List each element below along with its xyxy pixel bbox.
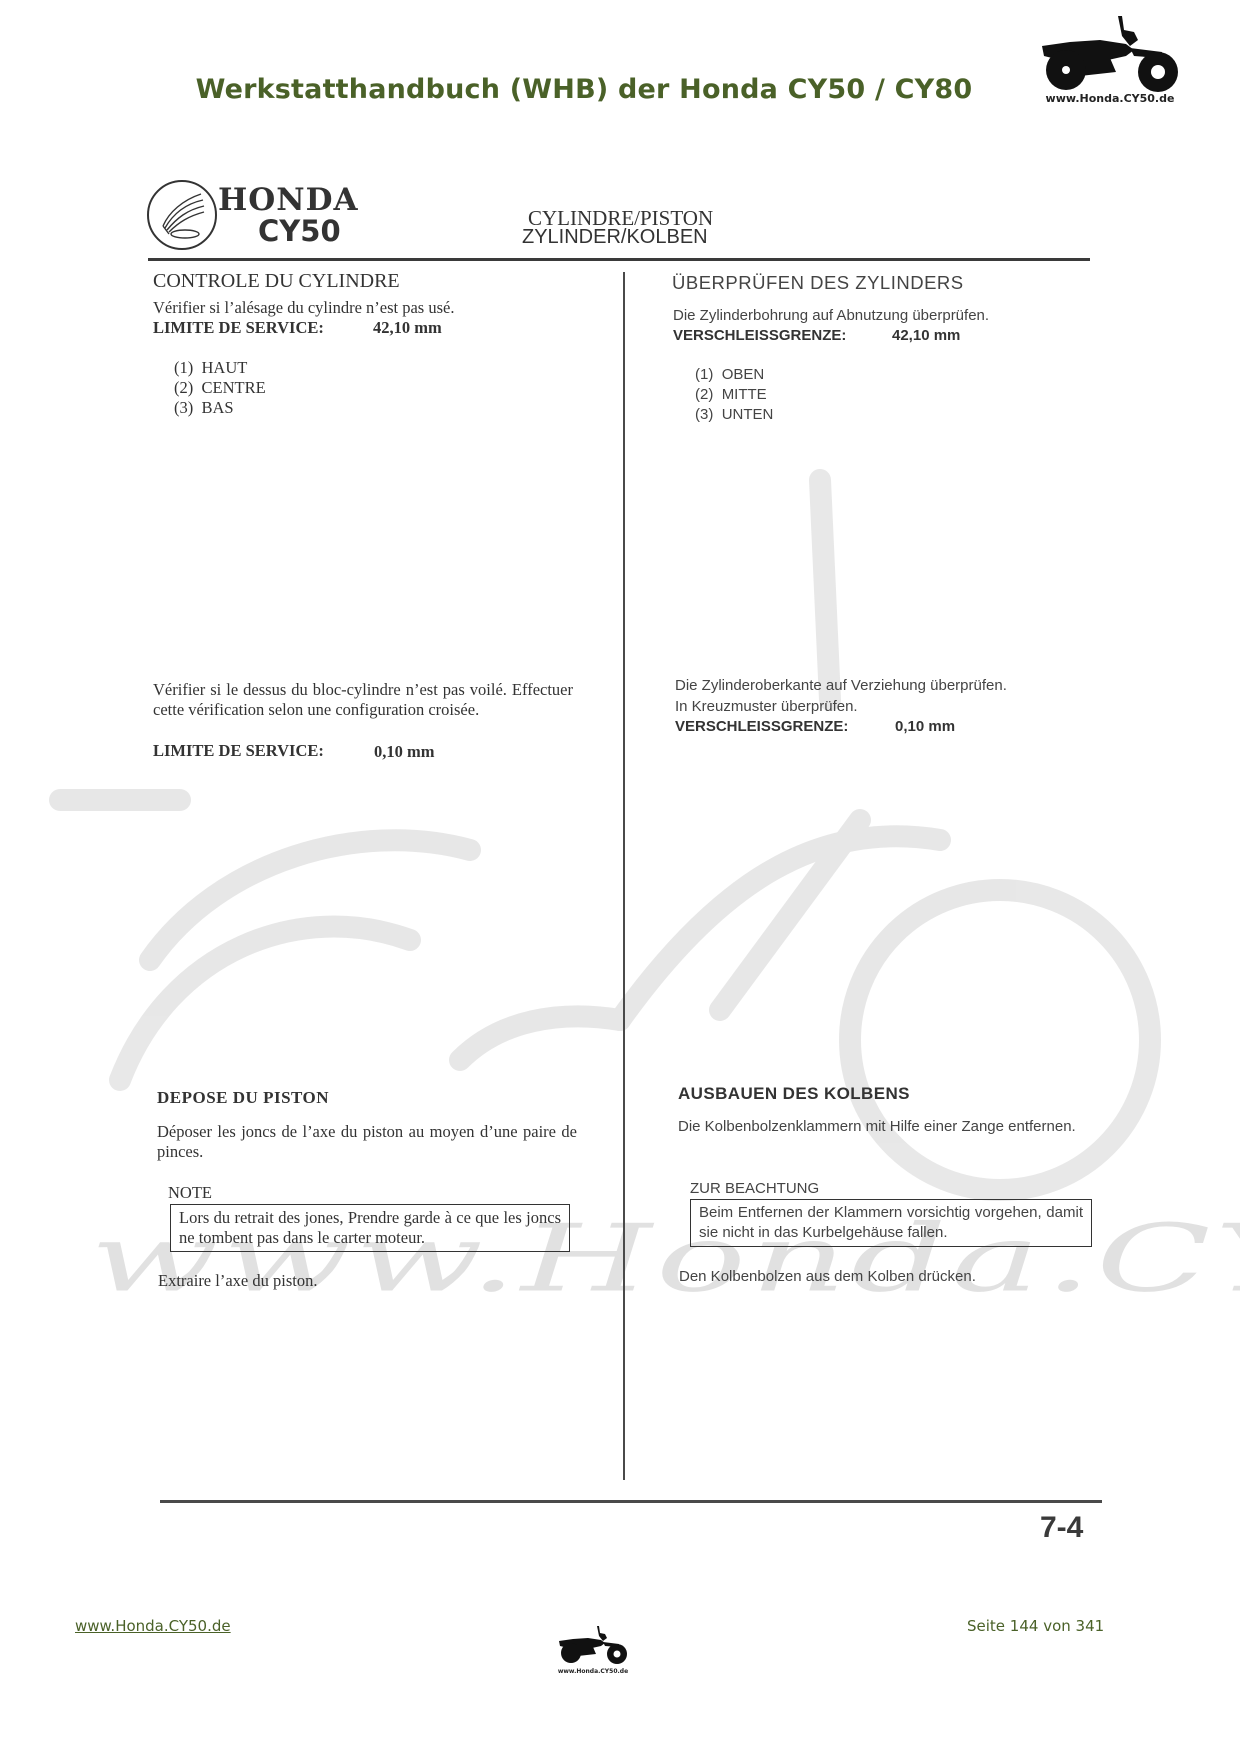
text-extraire-axe: Extraire l’axe du piston. [158, 1271, 317, 1291]
text-kolbenbolzen-druecken: Den Kolbenbolzen aus dem Kolben drücken. [679, 1267, 976, 1287]
limit-label-1: LIMITE DE SERVICE: [153, 318, 324, 338]
limit-value-2: 0,10 mm [374, 742, 435, 762]
motorcycle-silhouette-icon [1030, 6, 1190, 94]
header-logo: www.Honda.CY50.de [1030, 6, 1190, 105]
text-zylinderbohrung: Die Zylinderbohrung auf Abnutzung überpr… [673, 306, 989, 326]
note-label-de: ZUR BEACHTUNG [690, 1179, 819, 1199]
text-zylinderoberkante: Die Zylinderoberkante auf Verziehung übe… [675, 676, 1007, 696]
limit-label-2: LIMITE DE SERVICE: [153, 741, 324, 761]
heading-controle-cylindre: CONTROLE DU CYLINDRE [153, 270, 400, 293]
watermark-motorcycle-icon [0, 0, 1240, 1754]
list-item: (1) HAUT [174, 358, 266, 378]
text-kolbenbolzenklammern: Die Kolbenbolzenklammern mit Hilfe einer… [678, 1117, 1098, 1137]
heading-ausbauen-kolben: AUSBAUEN DES KOLBENS [678, 1084, 910, 1104]
footer-logo: www.Honda.CY50.de [553, 1620, 633, 1675]
list-item: (2) MITTE [695, 385, 773, 405]
text-alesage: Vérifier si l’alésage du cylindre n’est … [153, 298, 454, 318]
limit-label-de-2: VERSCHLEISSGRENZE: [675, 717, 848, 737]
text-kreuzmuster: In Kreuzmuster überprüfen. [675, 697, 858, 717]
heading-ueberpruefen-zylinder: ÜBERPRÜFEN DES ZYLINDERS [672, 272, 964, 294]
model-name: CY50 [258, 214, 341, 248]
limit-value-de-2: 0,10 mm [895, 717, 955, 737]
list-item: (1) OBEN [695, 365, 773, 385]
section-title-de: ZYLINDER/KOLBEN [522, 226, 708, 249]
text-bloc-cylindre: Vérifier si le dessus du bloc-cylindre n… [153, 680, 573, 720]
footer-website-link[interactable]: www.Honda.CY50.de [75, 1617, 231, 1635]
footer-page-info: Seite 144 von 341 [967, 1617, 1104, 1635]
note-box-de: Beim Entfernen der Klammern vorsichtig v… [690, 1199, 1092, 1247]
list-item: (2) CENTRE [174, 378, 266, 398]
heading-depose-piston: DEPOSE DU PISTON [157, 1088, 329, 1108]
text-depose-joncs: Déposer les joncs de l’axe du piston au … [157, 1122, 577, 1162]
limit-value-1: 42,10 mm [373, 318, 442, 338]
header-rule [148, 258, 1090, 261]
list-item: (3) UNTEN [695, 405, 773, 425]
position-list-de: (1) OBEN (2) MITTE (3) UNTEN [695, 365, 773, 425]
honda-wing-emblem-icon [147, 180, 217, 250]
column-divider [623, 272, 625, 1480]
watermark-layer: www.Honda.CY50.de [0, 0, 1240, 1754]
note-box-fr: Lors du retrait des jones, Prendre garde… [170, 1204, 570, 1252]
footer-logo-url: www.Honda.CY50.de [553, 1668, 633, 1675]
list-item: (3) BAS [174, 398, 266, 418]
position-list-fr: (1) HAUT (2) CENTRE (3) BAS [174, 358, 266, 418]
note-label-fr: NOTE [168, 1183, 212, 1203]
footer-rule [160, 1500, 1102, 1503]
header-logo-url: www.Honda.CY50.de [1030, 92, 1190, 105]
motorcycle-silhouette-icon [553, 1620, 633, 1666]
limit-label-de-1: VERSCHLEISSGRENZE: [673, 326, 846, 346]
honda-brand: HONDA [218, 182, 359, 218]
manual-page-number: 7-4 [1040, 1511, 1083, 1545]
limit-value-de-1: 42,10 mm [892, 326, 960, 346]
